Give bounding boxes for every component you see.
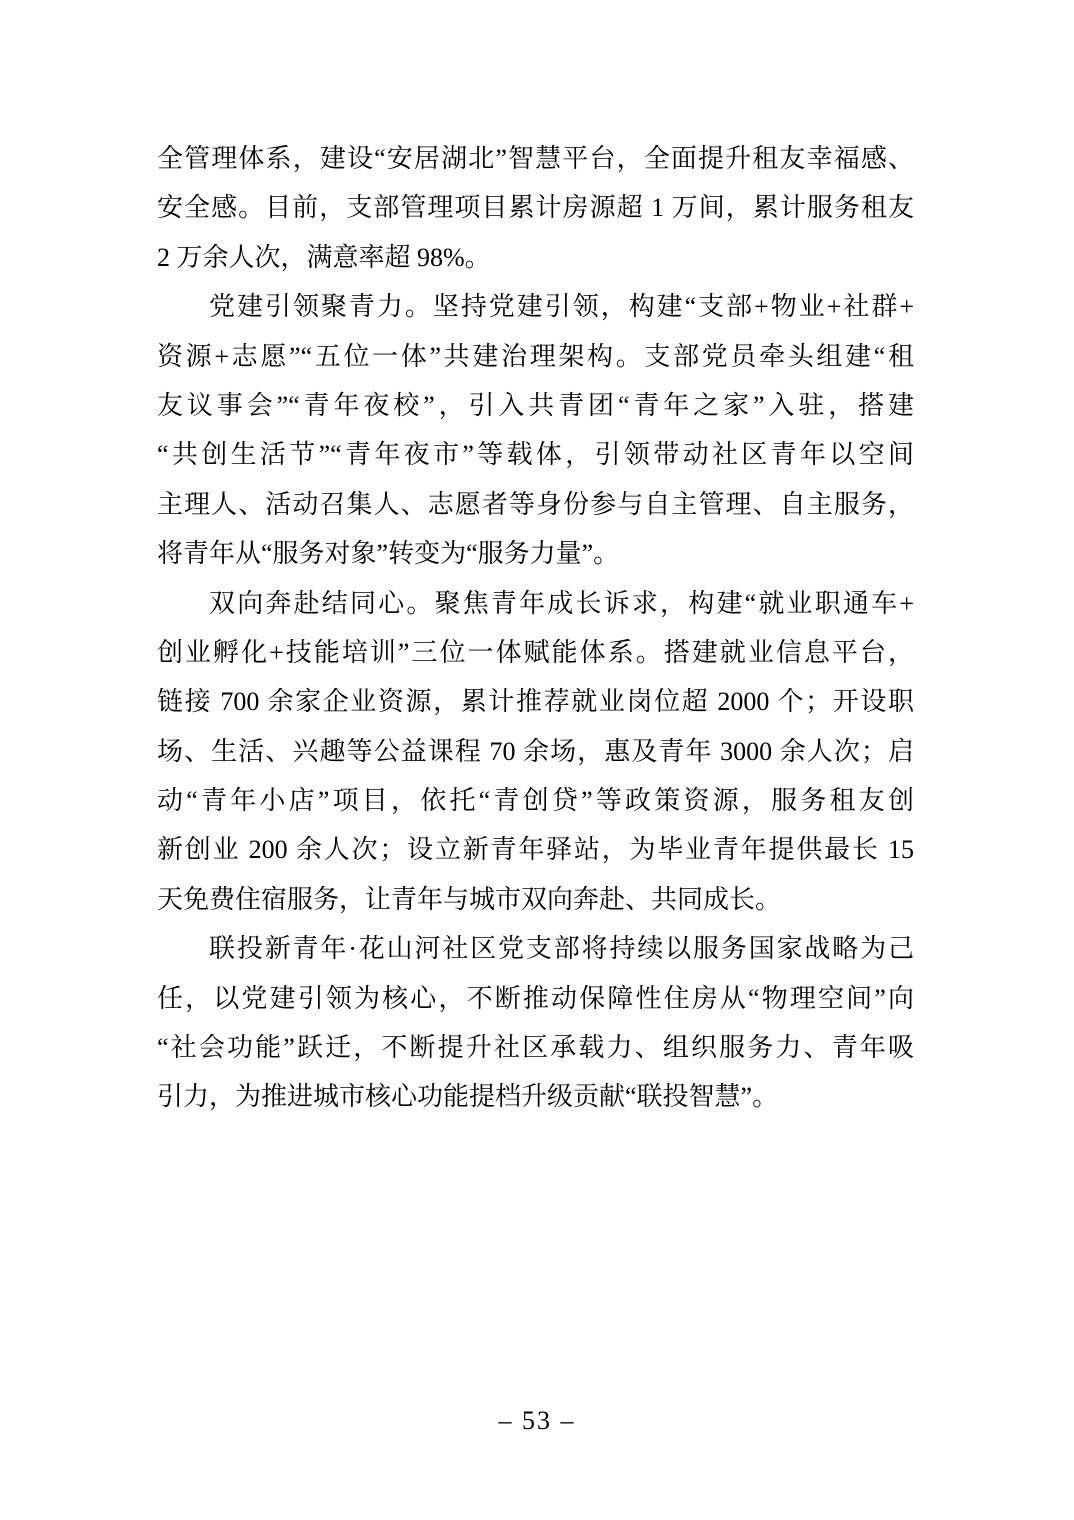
text-line: 场、生活、兴趣等公益课程 70 余场，惠及青年 3000 余人次；启 <box>157 727 914 776</box>
text-line: 资源+志愿”“五位一体”共建治理架构。支部党员牵头组建“租 <box>157 332 914 381</box>
text-line: 党建引领聚青力。坚持党建引领，构建“支部+物业+社群+ <box>157 282 914 331</box>
page-number: – 53 – <box>499 1406 576 1435</box>
text-line: 将青年从“服务对象”转变为“服务力量”。 <box>157 529 914 578</box>
text-line: 天免费住宿服务，让青年与城市双向奔赴、共同成长。 <box>157 875 914 924</box>
text-line: 动“青年小店”项目，依托“青创贷”等政策资源，服务租友创 <box>157 776 914 825</box>
text-line: 引力，为推进城市核心功能提档升级贡献“联投智慧”。 <box>157 1072 914 1121</box>
text-line: 新创业 200 余人次；设立新青年驿站，为毕业青年提供最长 15 <box>157 825 914 874</box>
text-line: 链接 700 余家企业资源，累计推荐就业岗位超 2000 个；开设职 <box>157 677 914 726</box>
text-block: 全管理体系，建设“安居湖北”智慧平台，全面提升租友幸福感、 安全感。目前，支部管… <box>157 134 914 1122</box>
page-footer: – 53 – <box>0 1400 1074 1442</box>
text-line: 全管理体系，建设“安居湖北”智慧平台，全面提升租友幸福感、 <box>157 134 914 183</box>
text-line: 双向奔赴结同心。聚焦青年成长诉求，构建“就业职通车+ <box>157 579 914 628</box>
text-line: 主理人、活动召集人、志愿者等身份参与自主管理、自主服务， <box>157 480 914 529</box>
text-line: “共创生活节”“青年夜市”等载体，引领带动社区青年以空间 <box>157 430 914 479</box>
text-line: 友议事会”“青年夜校”，引入共青团“青年之家”入驻，搭建 <box>157 381 914 430</box>
text-line: 创业孵化+技能培训”三位一体赋能体系。搭建就业信息平台， <box>157 628 914 677</box>
text-line: 任，以党建引领为核心，不断推动保障性住房从“物理空间”向 <box>157 974 914 1023</box>
document-page: 全管理体系，建设“安居湖北”智慧平台，全面提升租友幸福感、 安全感。目前，支部管… <box>0 0 1074 1520</box>
text-line: 安全感。目前，支部管理项目累计房源超 1 万间，累计服务租友 <box>157 183 914 232</box>
text-line: “社会功能”跃迁，不断提升社区承载力、组织服务力、青年吸 <box>157 1023 914 1072</box>
text-line: 2 万余人次，满意率超 98%。 <box>157 233 914 282</box>
text-line: 联投新青年·花山河社区党支部将持续以服务国家战略为己 <box>157 924 914 973</box>
